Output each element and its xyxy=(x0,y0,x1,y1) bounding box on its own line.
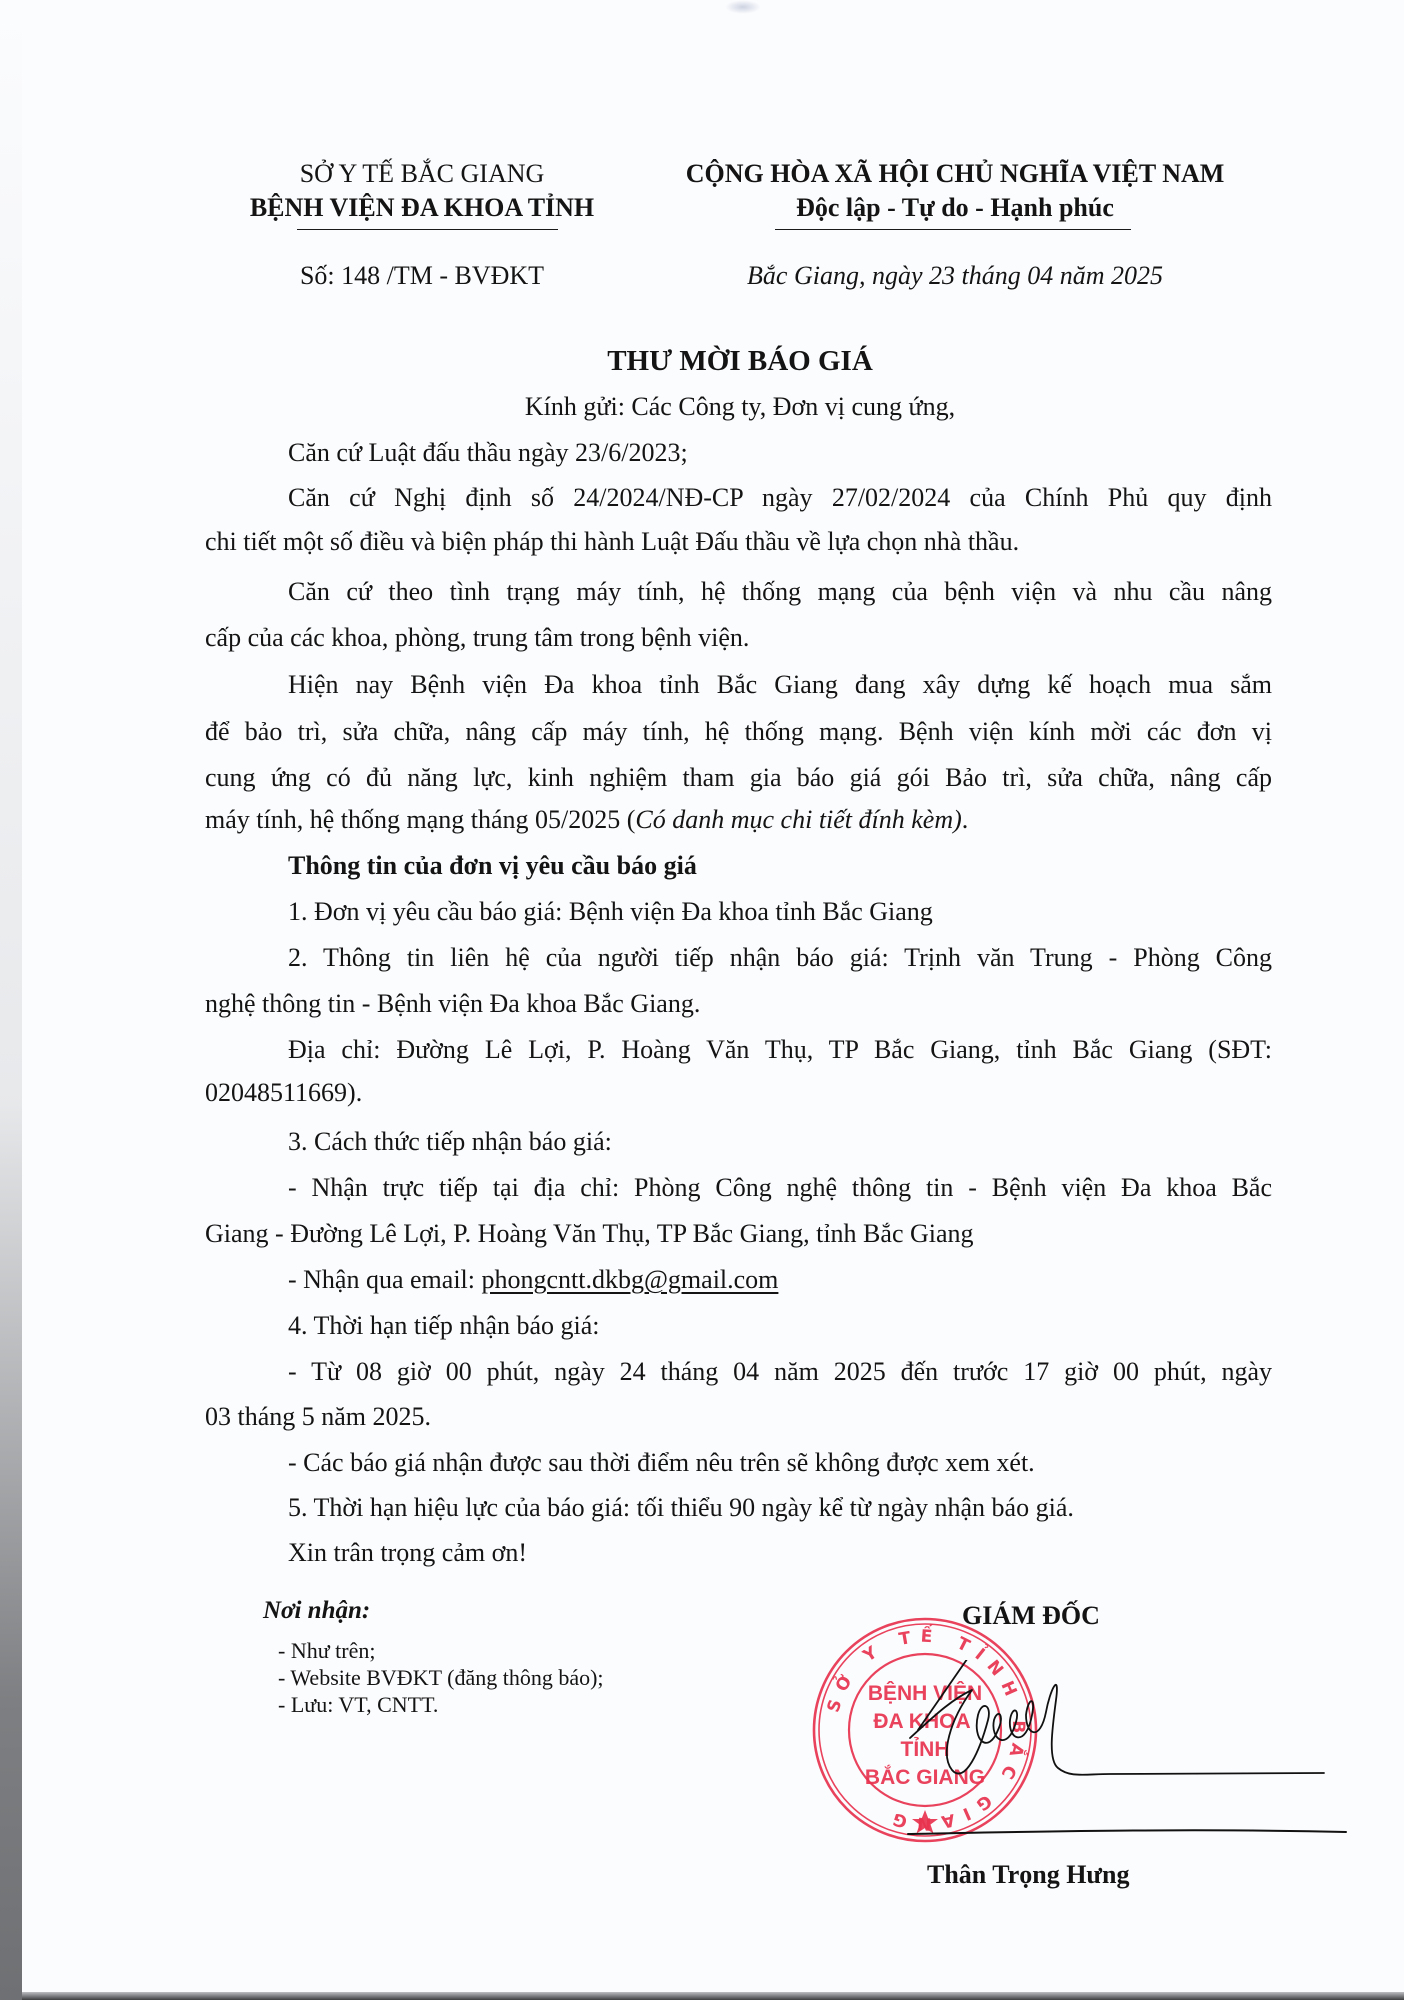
recipient-item: - Như trên; xyxy=(278,1637,375,1664)
email-link[interactable]: phongcntt.dkbg@gmail.com xyxy=(482,1265,779,1294)
body-line-text: 02048511669). xyxy=(205,1078,362,1107)
body-line-text: - Từ 08 giờ 00 phút, ngày 24 tháng 04 nă… xyxy=(288,1357,1272,1386)
scan-bottom-edge xyxy=(22,1992,1404,2000)
body-line: Căn cứ Luật đấu thầu ngày 23/6/2023; xyxy=(288,430,1272,476)
body-line-text: 5. Thời hạn hiệu lực của báo giá: tối th… xyxy=(288,1493,1074,1522)
body-line: máy tính, hệ thống mạng tháng 05/2025 (C… xyxy=(205,797,1272,843)
body-line: Địa chỉ: Đường Lê Lợi, P. Hoàng Văn Thụ,… xyxy=(288,1027,1272,1073)
salutation: Kính gửi: Các Công ty, Đơn vị cung ứng, xyxy=(440,392,1040,422)
body-line: Xin trân trọng cảm ơn! xyxy=(288,1530,1272,1576)
header-organization: BỆNH VIỆN ĐA KHOA TỈNH xyxy=(242,191,602,225)
body-line: 4. Thời hạn tiếp nhận báo giá: xyxy=(288,1303,1272,1349)
body-line-text: Thông tin của đơn vị yêu cầu báo giá xyxy=(288,851,697,880)
body-line: 02048511669). xyxy=(205,1070,1272,1116)
body-line-text: máy tính, hệ thống mạng tháng 05/2025 ( xyxy=(205,805,635,834)
recipient-item: - Website BVĐKT (đăng thông báo); xyxy=(278,1664,604,1691)
body-line-text: Căn cứ theo tình trạng máy tính, hệ thốn… xyxy=(288,577,1272,606)
body-line-text: nghệ thông tin - Bệnh viện Đa khoa Bắc G… xyxy=(205,989,700,1018)
body-line: - Các báo giá nhận được sau thời điểm nê… xyxy=(288,1440,1272,1486)
body-line: để bảo trì, sửa chữa, nâng cấp máy tính,… xyxy=(205,709,1272,755)
body-line-text: Hiện nay Bệnh viện Đa khoa tỉnh Bắc Gian… xyxy=(288,670,1272,699)
body-line-text: Địa chỉ: Đường Lê Lợi, P. Hoàng Văn Thụ,… xyxy=(288,1035,1272,1064)
header-agency: SỞ Y TẾ BẮC GIANG xyxy=(262,157,582,191)
body-line: 5. Thời hạn hiệu lực của báo giá: tối th… xyxy=(288,1485,1272,1531)
body-line-text: chi tiết một số điều và biện pháp thi hà… xyxy=(205,527,1019,556)
scan-edge-shadow xyxy=(0,0,22,2000)
body-line-text: cung ứng có đủ năng lực, kinh nghiệm tha… xyxy=(205,763,1272,792)
body-line: cung ứng có đủ năng lực, kinh nghiệm tha… xyxy=(205,755,1272,801)
document-number: Số: 148 /TM - BVĐKT xyxy=(262,259,582,293)
scan-artifact xyxy=(725,0,761,14)
body-line: nghệ thông tin - Bệnh viện Đa khoa Bắc G… xyxy=(205,981,1272,1027)
body-line-text: Căn cứ Nghị định số 24/2024/NĐ-CP ngày 2… xyxy=(288,483,1272,512)
signatory-name: Thân Trọng Hưng xyxy=(927,1860,1130,1890)
body-line: - Từ 08 giờ 00 phút, ngày 24 tháng 04 nă… xyxy=(288,1349,1272,1395)
body-line: 1. Đơn vị yêu cầu báo giá: Bệnh viện Đa … xyxy=(288,889,1272,935)
body-line-text: Giang - Đường Lê Lợi, P. Hoàng Văn Thụ, … xyxy=(205,1219,974,1248)
body-line-text: cấp của các khoa, phòng, trung tâm trong… xyxy=(205,623,749,652)
recipient-item: - Lưu: VT, CNTT. xyxy=(278,1691,438,1718)
body-line: - Nhận trực tiếp tại địa chỉ: Phòng Công… xyxy=(288,1165,1272,1211)
signatory-position: GIÁM ĐỐC xyxy=(962,1601,1100,1631)
header-nation: CỘNG HÒA XÃ HỘI CHỦ NGHĨA VIỆT NAM xyxy=(650,157,1260,191)
body-line: 03 tháng 5 năm 2025. xyxy=(205,1394,1272,1440)
body-line-text: - Nhận trực tiếp tại địa chỉ: Phòng Công… xyxy=(288,1173,1272,1202)
body-line: cấp của các khoa, phòng, trung tâm trong… xyxy=(205,615,1272,661)
body-line-text: 2. Thông tin liên hệ của người tiếp nhận… xyxy=(288,943,1272,972)
document-title: THƯ MỜI BÁO GIÁ xyxy=(440,345,1040,378)
body-line: Hiện nay Bệnh viện Đa khoa tỉnh Bắc Gian… xyxy=(288,662,1272,708)
body-line: 3. Cách thức tiếp nhận báo giá: xyxy=(288,1119,1272,1165)
section-heading: Thông tin của đơn vị yêu cầu báo giá xyxy=(288,843,1272,889)
body-line: Giang - Đường Lê Lợi, P. Hoàng Văn Thụ, … xyxy=(205,1211,1272,1257)
body-line-text: Xin trân trọng cảm ơn! xyxy=(288,1538,527,1567)
body-line-text: 4. Thời hạn tiếp nhận báo giá: xyxy=(288,1311,599,1340)
body-line: Căn cứ theo tình trạng máy tính, hệ thốn… xyxy=(288,569,1272,615)
header-left-underline xyxy=(297,229,558,230)
attachment-note: Có danh mục chi tiết đính kèm) xyxy=(635,805,961,834)
header-motto: Độc lập - Tự do - Hạnh phúc xyxy=(650,191,1260,225)
body-line: Căn cứ Nghị định số 24/2024/NĐ-CP ngày 2… xyxy=(288,475,1272,521)
header-right-underline xyxy=(775,229,1131,230)
body-line-text: 03 tháng 5 năm 2025. xyxy=(205,1402,431,1431)
body-line: - Nhận qua email: phongcntt.dkbg@gmail.c… xyxy=(288,1257,1272,1303)
handwritten-signature xyxy=(880,1660,1350,1850)
body-line: chi tiết một số điều và biện pháp thi hà… xyxy=(205,519,1272,565)
body-line-text: - Nhận qua email: xyxy=(288,1265,482,1294)
body-line-text: - Các báo giá nhận được sau thời điểm nê… xyxy=(288,1448,1035,1477)
body-line: 2. Thông tin liên hệ của người tiếp nhận… xyxy=(288,935,1272,981)
body-line-text: Căn cứ Luật đấu thầu ngày 23/6/2023; xyxy=(288,438,688,467)
body-line-text: 1. Đơn vị yêu cầu báo giá: Bệnh viện Đa … xyxy=(288,897,933,926)
body-line-text: để bảo trì, sửa chữa, nâng cấp máy tính,… xyxy=(205,717,1272,746)
place-date: Bắc Giang, ngày 23 tháng 04 năm 2025 xyxy=(650,259,1260,293)
body-line-text: 3. Cách thức tiếp nhận báo giá: xyxy=(288,1127,612,1156)
recipients-title: Nơi nhận: xyxy=(263,1597,370,1625)
